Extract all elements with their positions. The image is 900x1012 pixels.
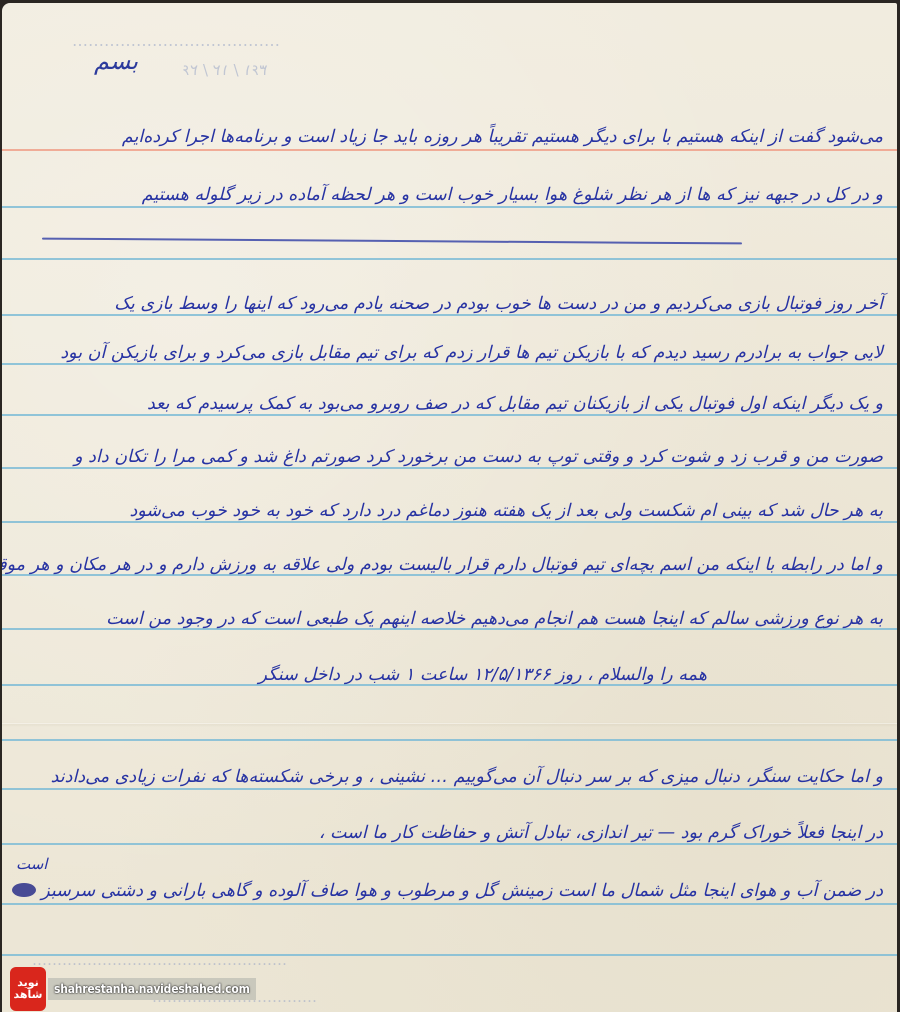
bleed-through-text: ۲۶ / ۱۲ / ۳۶۱	[182, 61, 268, 79]
letter-heading: بسم	[94, 47, 138, 75]
ruled-line	[2, 314, 897, 316]
handwritten-line: و در کل در جبهه نیز که ها از هر نظر شلوغ…	[142, 185, 883, 205]
paper-fold	[2, 723, 897, 724]
handwritten-line: و یک دیگر اینکه اول فوتبال یکی از بازیکن…	[147, 394, 883, 414]
ruled-line	[2, 414, 897, 416]
handwritten-line: و اما در رابطه با اینکه من اسم بچه‌ای تی…	[2, 555, 883, 575]
handwritten-line: به هر نوع ورزشی سالم که اینجا هست هم انج…	[106, 609, 883, 629]
ruled-line	[2, 258, 897, 260]
handwritten-line: صورت من و قرب زد و شوت کرد و وقتی توپ به…	[74, 447, 883, 467]
handwritten-line: آخر روز فوتبال بازی می‌کردیم و من در دست…	[114, 294, 883, 314]
margin-note: است	[16, 855, 47, 873]
handwritten-line: به هر حال شد که بینی ام شکست ولی بعد از …	[129, 501, 883, 521]
ruled-line	[2, 206, 897, 208]
section-divider	[42, 238, 742, 245]
handwritten-line-signoff: همه را والسلام ، روز ۱۲/۵/۱۳۶۶ ساعت ۱ شب…	[259, 665, 707, 685]
ruled-line	[2, 363, 897, 365]
ink-scribble	[12, 883, 36, 897]
ruled-line	[2, 903, 897, 905]
ruled-line-red	[2, 149, 897, 151]
site-watermark: نوید شاهد shahrestanha.navideshahed.com	[10, 965, 256, 1012]
ruled-line	[2, 467, 897, 469]
watermark-url: shahrestanha.navideshahed.com	[48, 978, 256, 1000]
handwritten-line: در اینجا فعلاً خوراک گرم بود — تیر انداز…	[319, 823, 883, 843]
handwritten-line: لایی جواب به برادرم رسید دیدم که با بازی…	[60, 343, 883, 363]
handwritten-line: و اما حکایت سنگر، دنبال میزی که بر سر دن…	[51, 767, 883, 787]
ruled-line	[2, 788, 897, 790]
handwritten-line: می‌شود گفت از اینکه هستیم با برای دیگر ه…	[122, 127, 883, 147]
handwritten-line: در ضمن آب و هوای اینجا مثل شمال ما است ز…	[41, 881, 883, 901]
ruled-line	[2, 521, 897, 523]
ruled-line	[2, 843, 897, 845]
navideshahed-logo-icon: نوید شاهد	[10, 967, 46, 1011]
letter-page: ………………………………… ۲۶ / ۱۲ / ۳۶۱ بسم می‌شود گ…	[2, 3, 897, 1012]
ruled-line	[2, 739, 897, 741]
